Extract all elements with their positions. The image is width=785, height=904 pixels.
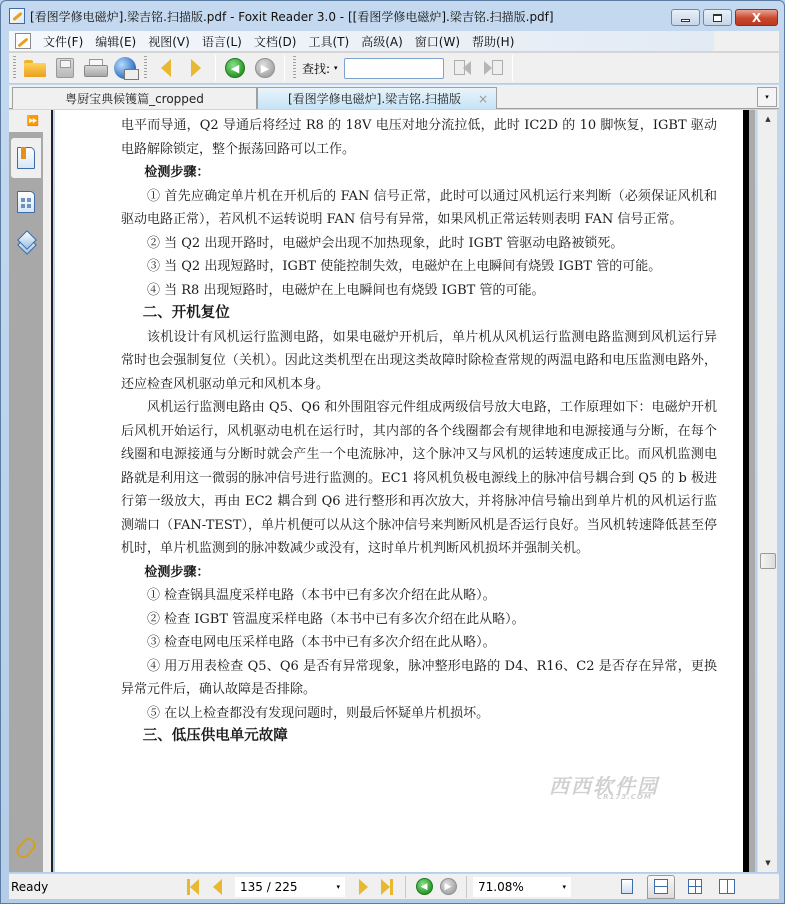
zoom-value: 71.08% — [478, 880, 524, 894]
menu-advanced[interactable]: 高级(A) — [355, 33, 409, 50]
facing-page-button[interactable] — [715, 875, 739, 899]
zoom-dropdown-icon[interactable]: ▾ — [562, 883, 566, 891]
previous-page-button[interactable] — [205, 876, 229, 898]
document-tab-bar: 粤厨宝典候镬篇_cropped [看图学修电磁炉].梁吉铭.扫描版 × ▾ — [9, 85, 779, 109]
menu-document[interactable]: 文档(D) — [248, 33, 303, 50]
toolbar-divider — [284, 55, 285, 81]
status-bar: Ready 135 / 225 ▾ ◀ ▶ 71.08% ▾ — [9, 873, 779, 899]
scroll-up-icon: ▲ — [765, 115, 770, 123]
find-next-icon — [492, 60, 503, 75]
title-bar[interactable]: [看图学修电磁炉].梁吉铭.扫描版.pdf - Foxit Reader 3.0… — [1, 1, 784, 31]
bookmarks-tab[interactable] — [11, 138, 41, 178]
page-layout-buttons — [615, 875, 739, 899]
window-controls: X — [671, 9, 778, 26]
toolbar-divider — [512, 55, 513, 81]
subheading: 检测步骤： — [121, 561, 717, 585]
menu-bar-filler — [714, 31, 779, 51]
go-forward-button[interactable]: ▶ — [436, 876, 460, 898]
menu-view[interactable]: 视图(V) — [142, 33, 196, 50]
email-button[interactable] — [112, 55, 138, 81]
list-item: ④ 当 R8 出现短路时，电磁炉在上电瞬间也有烧毁 IGBT 管的可能。 — [121, 279, 717, 303]
continuous-facing-button[interactable] — [683, 875, 707, 899]
foxit-app-icon[interactable] — [9, 8, 25, 24]
continuous-facing-icon — [688, 879, 702, 894]
menu-bar: 文件(F) 编辑(E) 视图(V) 语言(L) 文档(D) 工具(T) 高级(A… — [9, 31, 714, 51]
previous-page-button[interactable] — [153, 55, 179, 81]
scroll-down-icon: ▼ — [765, 859, 770, 867]
layers-tab[interactable] — [11, 222, 41, 262]
open-button[interactable] — [22, 55, 48, 81]
list-item: ③ 当 Q2 出现短路时，IGBT 使能控制失效，电磁炉在上电瞬间有烧毁 IGB… — [121, 255, 717, 279]
last-page-icon — [381, 879, 393, 895]
continuous-page-button[interactable] — [647, 875, 675, 899]
list-item: ① 检查锅具温度采样电路（本书中已有多次介绍在此从略）。 — [121, 584, 717, 608]
list-item: ⑤ 在以上检查都没有发现问题时，则最后怀疑单片机损坏。 — [121, 702, 717, 726]
print-icon — [84, 59, 106, 77]
continuous-page-icon — [654, 879, 668, 894]
close-button[interactable]: X — [735, 9, 778, 26]
statusbar-divider — [405, 876, 406, 898]
previous-page-icon — [213, 879, 222, 895]
first-page-icon — [187, 879, 199, 895]
expand-panel-button[interactable]: ⏩ — [9, 110, 43, 132]
email-globe-icon — [114, 57, 136, 79]
panel-splitter[interactable] — [43, 110, 53, 872]
first-page-button[interactable] — [181, 876, 205, 898]
find-options-dropdown[interactable]: ▾ — [334, 64, 338, 72]
save-icon — [56, 58, 74, 78]
layers-icon — [17, 233, 35, 251]
menu-file[interactable]: 文件(F) — [37, 33, 89, 50]
paragraph: 该机设计有风机运行监测电路，如果电磁炉开机后，单片机从风机运行监测电路监测到风机… — [121, 326, 717, 397]
find-input[interactable] — [344, 58, 444, 79]
menu-help[interactable]: 帮助(H) — [466, 33, 520, 50]
find-next-arrow-icon — [484, 61, 492, 75]
go-back-button[interactable]: ◀ — [412, 876, 436, 898]
subheading: 检测步骤： — [121, 161, 717, 185]
document-view[interactable]: 电平而导通，Q2 导通后将经过 R8 的 18V 电压对地分流拉低，此时 IC2… — [55, 110, 755, 872]
find-previous-arrow-icon — [463, 61, 471, 75]
foxit-reader-window: [看图学修电磁炉].梁吉铭.扫描版.pdf - Foxit Reader 3.0… — [0, 0, 785, 904]
vertical-scrollbar[interactable]: ▲ ▼ — [757, 110, 777, 872]
next-page-icon — [191, 59, 201, 77]
find-previous-button[interactable] — [454, 58, 474, 78]
tab-close-icon[interactable]: × — [478, 92, 488, 106]
scroll-thumb[interactable] — [760, 553, 776, 569]
open-folder-icon — [24, 60, 46, 77]
single-page-icon — [621, 879, 633, 894]
maximize-icon — [713, 14, 722, 22]
pages-tab[interactable] — [11, 182, 41, 222]
pages-thumbnails-icon — [17, 191, 35, 213]
go-back-icon: ◀ — [225, 58, 245, 78]
next-page-button[interactable] — [351, 876, 375, 898]
save-button[interactable] — [52, 55, 78, 81]
facing-page-icon — [719, 879, 735, 894]
main-toolbar: ◀ ▶ 查找: ▾ — [9, 52, 779, 84]
list-item: ④ 用万用表检查 Q5、Q6 是否有异常现象，脉冲整形电路的 D4、R16、C2… — [121, 655, 717, 702]
print-button[interactable] — [82, 55, 108, 81]
expand-arrows-icon: ⏩ — [27, 116, 39, 127]
find-next-button[interactable] — [484, 58, 504, 78]
minimize-button[interactable] — [671, 9, 700, 26]
statusbar-divider — [466, 876, 467, 898]
menu-window[interactable]: 窗口(W) — [409, 33, 466, 50]
paragraph: 风机运行监测电路由 Q5、Q6 和外围阻容元件组成两级信号放大电路，工作原理如下… — [121, 396, 717, 561]
navigation-panel: ⏩ — [9, 110, 43, 872]
list-item: ③ 检查电网电压采样电路（本书中已有多次介绍在此从略）。 — [121, 631, 717, 655]
go-forward-icon: ▶ — [255, 58, 275, 78]
menu-language[interactable]: 语言(L) — [196, 33, 248, 50]
menu-edit[interactable]: 编辑(E) — [89, 33, 142, 50]
page-number-field[interactable]: 135 / 225 ▾ — [235, 877, 345, 897]
pdf-page: 电平而导通，Q2 导通后将经过 R8 的 18V 电压对地分流拉低，此时 IC2… — [121, 114, 717, 749]
window-title: [看图学修电磁炉].梁吉铭.扫描版.pdf - Foxit Reader 3.0… — [30, 8, 554, 25]
section-heading: 三、低压供电单元故障 — [121, 725, 717, 749]
page-dropdown-icon[interactable]: ▾ — [336, 883, 340, 891]
go-back-icon: ◀ — [416, 878, 433, 895]
last-page-button[interactable] — [375, 876, 399, 898]
watermark: 西西软件园 CR173.COM — [549, 770, 659, 801]
zoom-field[interactable]: 71.08% ▾ — [473, 877, 571, 897]
list-item: ② 当 Q2 出现开路时，电磁炉会出现不加热现象，此时 IGBT 管驱动电路被锁… — [121, 232, 717, 256]
single-page-button[interactable] — [615, 875, 639, 899]
list-item: ① 首先应确定单片机在开机后的 FAN 信号正常，此时可以通过风机运行来判断（必… — [121, 185, 717, 232]
paperclip-icon — [14, 835, 39, 861]
section-heading: 二、开机复位 — [121, 302, 717, 326]
attachments-tab[interactable] — [11, 828, 41, 868]
go-back-button[interactable]: ◀ — [222, 55, 248, 81]
previous-page-icon — [161, 59, 171, 77]
toolbar-grip[interactable] — [13, 56, 16, 80]
go-forward-button[interactable]: ▶ — [252, 55, 278, 81]
scroll-down-button[interactable]: ▼ — [758, 854, 778, 872]
list-item: ② 检查 IGBT 管温度采样电路（本书中已有多次介绍在此从略）。 — [121, 608, 717, 632]
paragraph: 电平而导通，Q2 导通后将经过 R8 的 18V 电压对地分流拉低，此时 IC2… — [121, 114, 717, 161]
find-label: 查找: — [302, 60, 330, 77]
tab-label: [看图学修电磁炉].梁吉铭.扫描版 — [288, 90, 461, 107]
menu-tools[interactable]: 工具(T) — [302, 33, 355, 50]
toolbar-grip[interactable] — [144, 56, 147, 80]
document-menu-icon[interactable] — [15, 33, 31, 49]
watermark-subtext: CR173.COM — [597, 793, 659, 801]
next-page-icon — [359, 879, 368, 895]
toolbar-grip[interactable] — [293, 56, 296, 80]
tab-cookbook[interactable]: 粤厨宝典候镬篇_cropped — [12, 87, 257, 109]
scroll-up-button[interactable]: ▲ — [758, 110, 778, 128]
tab-label: 粤厨宝典候镬篇_cropped — [65, 90, 204, 107]
status-text: Ready — [11, 880, 181, 894]
page-number-value: 135 / 225 — [240, 880, 297, 894]
minimize-icon — [681, 19, 690, 22]
bookmarks-icon — [17, 147, 35, 169]
close-icon: X — [752, 11, 761, 25]
tab-induction-cooker-book[interactable]: [看图学修电磁炉].梁吉铭.扫描版 × — [257, 87, 497, 109]
go-forward-icon: ▶ — [440, 878, 457, 895]
toolbar-divider — [215, 55, 216, 81]
next-page-button[interactable] — [183, 55, 209, 81]
tab-list-dropdown[interactable]: ▾ — [757, 87, 777, 107]
page-edge-shadow — [743, 110, 755, 872]
maximize-button[interactable] — [703, 9, 732, 26]
